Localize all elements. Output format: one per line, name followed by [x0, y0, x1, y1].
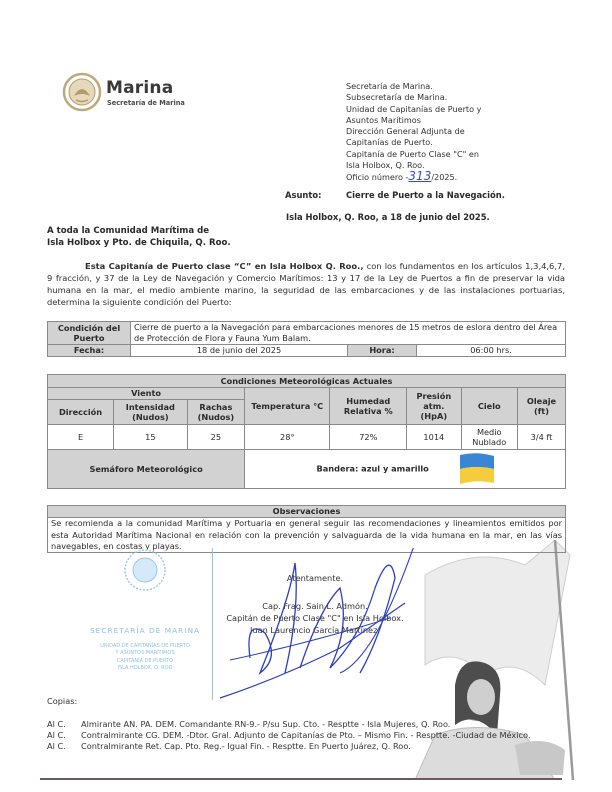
header-line: Asuntos Marítimos — [346, 115, 586, 126]
copy-prefix: Al C. — [47, 741, 81, 752]
logo-title: Marina — [106, 78, 173, 98]
oficio-number: 313 — [408, 169, 431, 183]
copy-item: Al C. Almirante AN. PA. DEM. Comandante … — [47, 719, 567, 730]
addressee: A toda la Comunidad Marítima de Isla Hol… — [47, 225, 231, 249]
weather-conditions-table: Condiciones Meteorológicas Actuales Vien… — [47, 374, 566, 489]
date-label: Fecha: — [48, 345, 131, 357]
header-line: Capitanía de Puerto Clase "C" en — [346, 149, 586, 160]
pressure-value: 1014 — [407, 425, 461, 450]
addressee-line: Isla Holbox y Pto. de Chiquila, Q. Roo. — [47, 237, 231, 249]
time-value: 06:00 hrs. — [417, 345, 566, 357]
copy-text: Contralmirante CG. DEM. -Dtor. Gral. Adj… — [81, 730, 531, 741]
sender-header-block: Secretaría de Marina. Subsecretaría de M… — [346, 81, 586, 184]
pressure-header: Presión atm. (HpA) — [407, 388, 461, 425]
intensity-value: 15 — [114, 425, 188, 450]
direction-value: E — [48, 425, 114, 450]
date-value: 18 de junio del 2025 — [131, 345, 348, 357]
copies-list: Al C. Almirante AN. PA. DEM. Comandante … — [47, 719, 567, 753]
wind-group-header: Viento — [48, 388, 245, 400]
port-condition-table: Condición del Puerto Cierre de puerto a … — [47, 321, 566, 357]
flag-cell: Bandera: azul y amarillo — [245, 450, 566, 489]
weather-table-title: Condiciones Meteorológicas Actuales — [48, 375, 566, 388]
oficio-prefix: Oficio número - — [346, 172, 408, 182]
copy-text: Contralmirante Ret. Cap. Pto. Reg.- Igua… — [81, 741, 411, 752]
body-paragraph: Esta Capitanía de Puerto clase “C” en Is… — [47, 260, 565, 308]
body-bold-lead: Esta Capitanía de Puerto clase “C” en Is… — [85, 261, 364, 271]
header-line: Unidad de Capitanías de Puerto y — [346, 104, 586, 115]
waves-value: 3/4 ft — [517, 425, 565, 450]
time-label: Hora: — [348, 345, 417, 357]
waves-header: Oleaje (ft) — [517, 388, 565, 425]
copy-item: Al C. Contralmirante Ret. Cap. Pto. Reg.… — [47, 741, 567, 752]
header-line: Subsecretaría de Marina. — [346, 92, 586, 103]
observations-table: Observaciones Se recomienda a la comunid… — [47, 505, 566, 553]
stamp-emblem-icon — [120, 548, 170, 598]
copy-prefix: Al C. — [47, 719, 81, 730]
temperature-value: 28° — [245, 425, 330, 450]
asunto-text: Cierre de Puerto a la Navegación. — [346, 190, 505, 200]
blue-yellow-flag-icon — [460, 453, 494, 485]
humidity-header: Humedad Relativa % — [330, 388, 407, 425]
sky-value: Medio Nublado — [461, 425, 517, 450]
addressee-line: A toda la Comunidad Marítima de — [47, 225, 231, 237]
header-line: Isla Holbox, Q. Roo. — [346, 160, 586, 171]
direction-header: Dirección — [48, 400, 114, 425]
header-line: Secretaría de Marina. — [346, 81, 586, 92]
intensity-header: Intensidad (Nudos) — [114, 400, 188, 425]
copy-prefix: Al C. — [47, 730, 81, 741]
footer-divider — [40, 778, 562, 780]
humidity-value: 72% — [330, 425, 407, 450]
copy-item: Al C. Contralmirante CG. DEM. -Dtor. Gra… — [47, 730, 567, 741]
logo-subtitle: Secretaría de Marina — [107, 99, 185, 107]
condition-value: Cierre de puerto a la Navegación para em… — [131, 322, 566, 345]
semaforo-label: Semáforo Meteorológico — [48, 450, 245, 489]
gusts-value: 25 — [187, 425, 245, 450]
temperature-header: Temperatura °C — [245, 388, 330, 425]
copy-text: Almirante AN. PA. DEM. Comandante RN-9.-… — [81, 719, 450, 730]
oficio-suffix: /2025. — [431, 172, 457, 182]
gusts-header: Rachas (Nudos) — [187, 400, 245, 425]
handwritten-signature — [190, 548, 450, 708]
place-and-date: Isla Holbox, Q. Roo, a 18 de junio del 2… — [286, 212, 490, 222]
condition-label: Condición del Puerto — [48, 322, 131, 345]
header-line: Capitanías de Puerto. — [346, 137, 586, 148]
observations-title: Observaciones — [48, 506, 566, 518]
sky-header: Cielo — [461, 388, 517, 425]
marina-logo: Marina Secretaría de Marina — [62, 72, 210, 116]
header-line: Dirección General Adjunta de — [346, 126, 586, 137]
national-emblem-icon — [62, 72, 102, 112]
flag-text: Bandera: azul y amarillo — [316, 464, 428, 474]
asunto-label: Asunto: — [285, 190, 322, 200]
copies-label: Copias: — [47, 696, 77, 706]
oficio-line: Oficio número -313/2025. — [346, 171, 586, 183]
